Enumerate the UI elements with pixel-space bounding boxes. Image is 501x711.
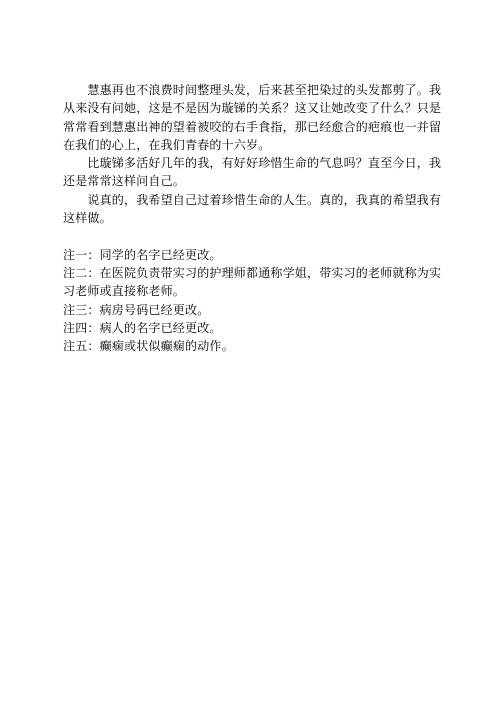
body-paragraph-1: 慧惠再也不浪费时间整理头发，后来甚至把染过的头发都剪了。我从来没有问她，这是不是… (63, 81, 443, 154)
note-1: 注一：同学的名字已经更改。 (63, 246, 443, 264)
note-2: 注二：在医院负责带实习的护理师都通称学姐，带实习的老师就称为实习老师或直接称老师… (63, 264, 443, 301)
paragraph-spacer (63, 227, 443, 245)
body-paragraph-3: 说真的，我希望自己过着珍惜生命的人生。真的，我真的希望我有这样做。 (63, 191, 443, 228)
document-page: 慧惠再也不浪费时间整理头发，后来甚至把染过的头发都剪了。我从来没有问她，这是不是… (0, 0, 501, 711)
text-block: 慧惠再也不浪费时间整理头发，后来甚至把染过的头发都剪了。我从来没有问她，这是不是… (63, 81, 443, 355)
body-paragraph-2: 比璇锑多活好几年的我，有好好珍惜生命的气息吗？直至今日，我还是常常这样问自己。 (63, 154, 443, 191)
note-4: 注四：病人的名字已经更改。 (63, 319, 443, 337)
note-3: 注三：病房号码已经更改。 (63, 301, 443, 319)
note-5: 注五：癫痫或状似癫痫的动作。 (63, 337, 443, 355)
